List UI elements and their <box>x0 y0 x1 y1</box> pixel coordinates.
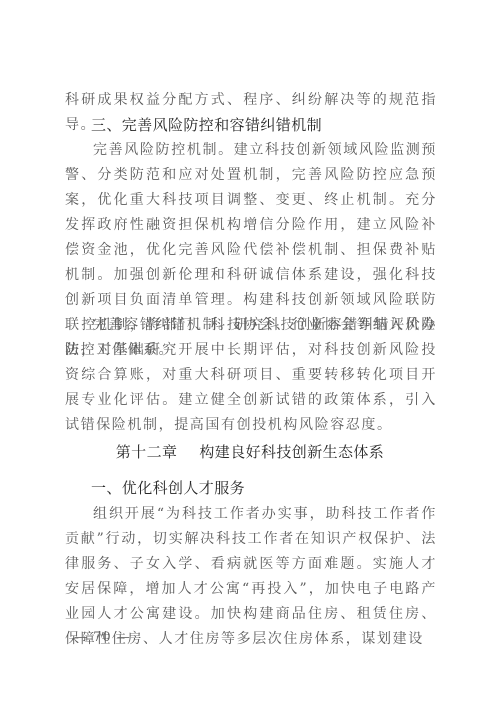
document-page: 科研成果权益分配方式、程序、纠纷解决等的规范指导。 三、完善风险防控和容错纠错机… <box>0 0 500 707</box>
chapter-heading: 第十二章构建良好科技创新生态体系 <box>0 441 500 462</box>
page-number: — 70 — <box>74 630 131 645</box>
section-heading-talent-services: 一、优化科创人才服务 <box>65 476 463 501</box>
chapter-number: 第十二章 <box>116 443 178 461</box>
paragraph-error-tolerance: 完善容错纠错机制。研究科技创新容错纠错评价办法，对基础研究开展中长期评估，对科技… <box>65 313 437 438</box>
chapter-title: 构建良好科技创新生态体系 <box>199 443 384 461</box>
section-heading-risk-control: 三、完善风险防控和容错纠错机制 <box>65 113 463 138</box>
